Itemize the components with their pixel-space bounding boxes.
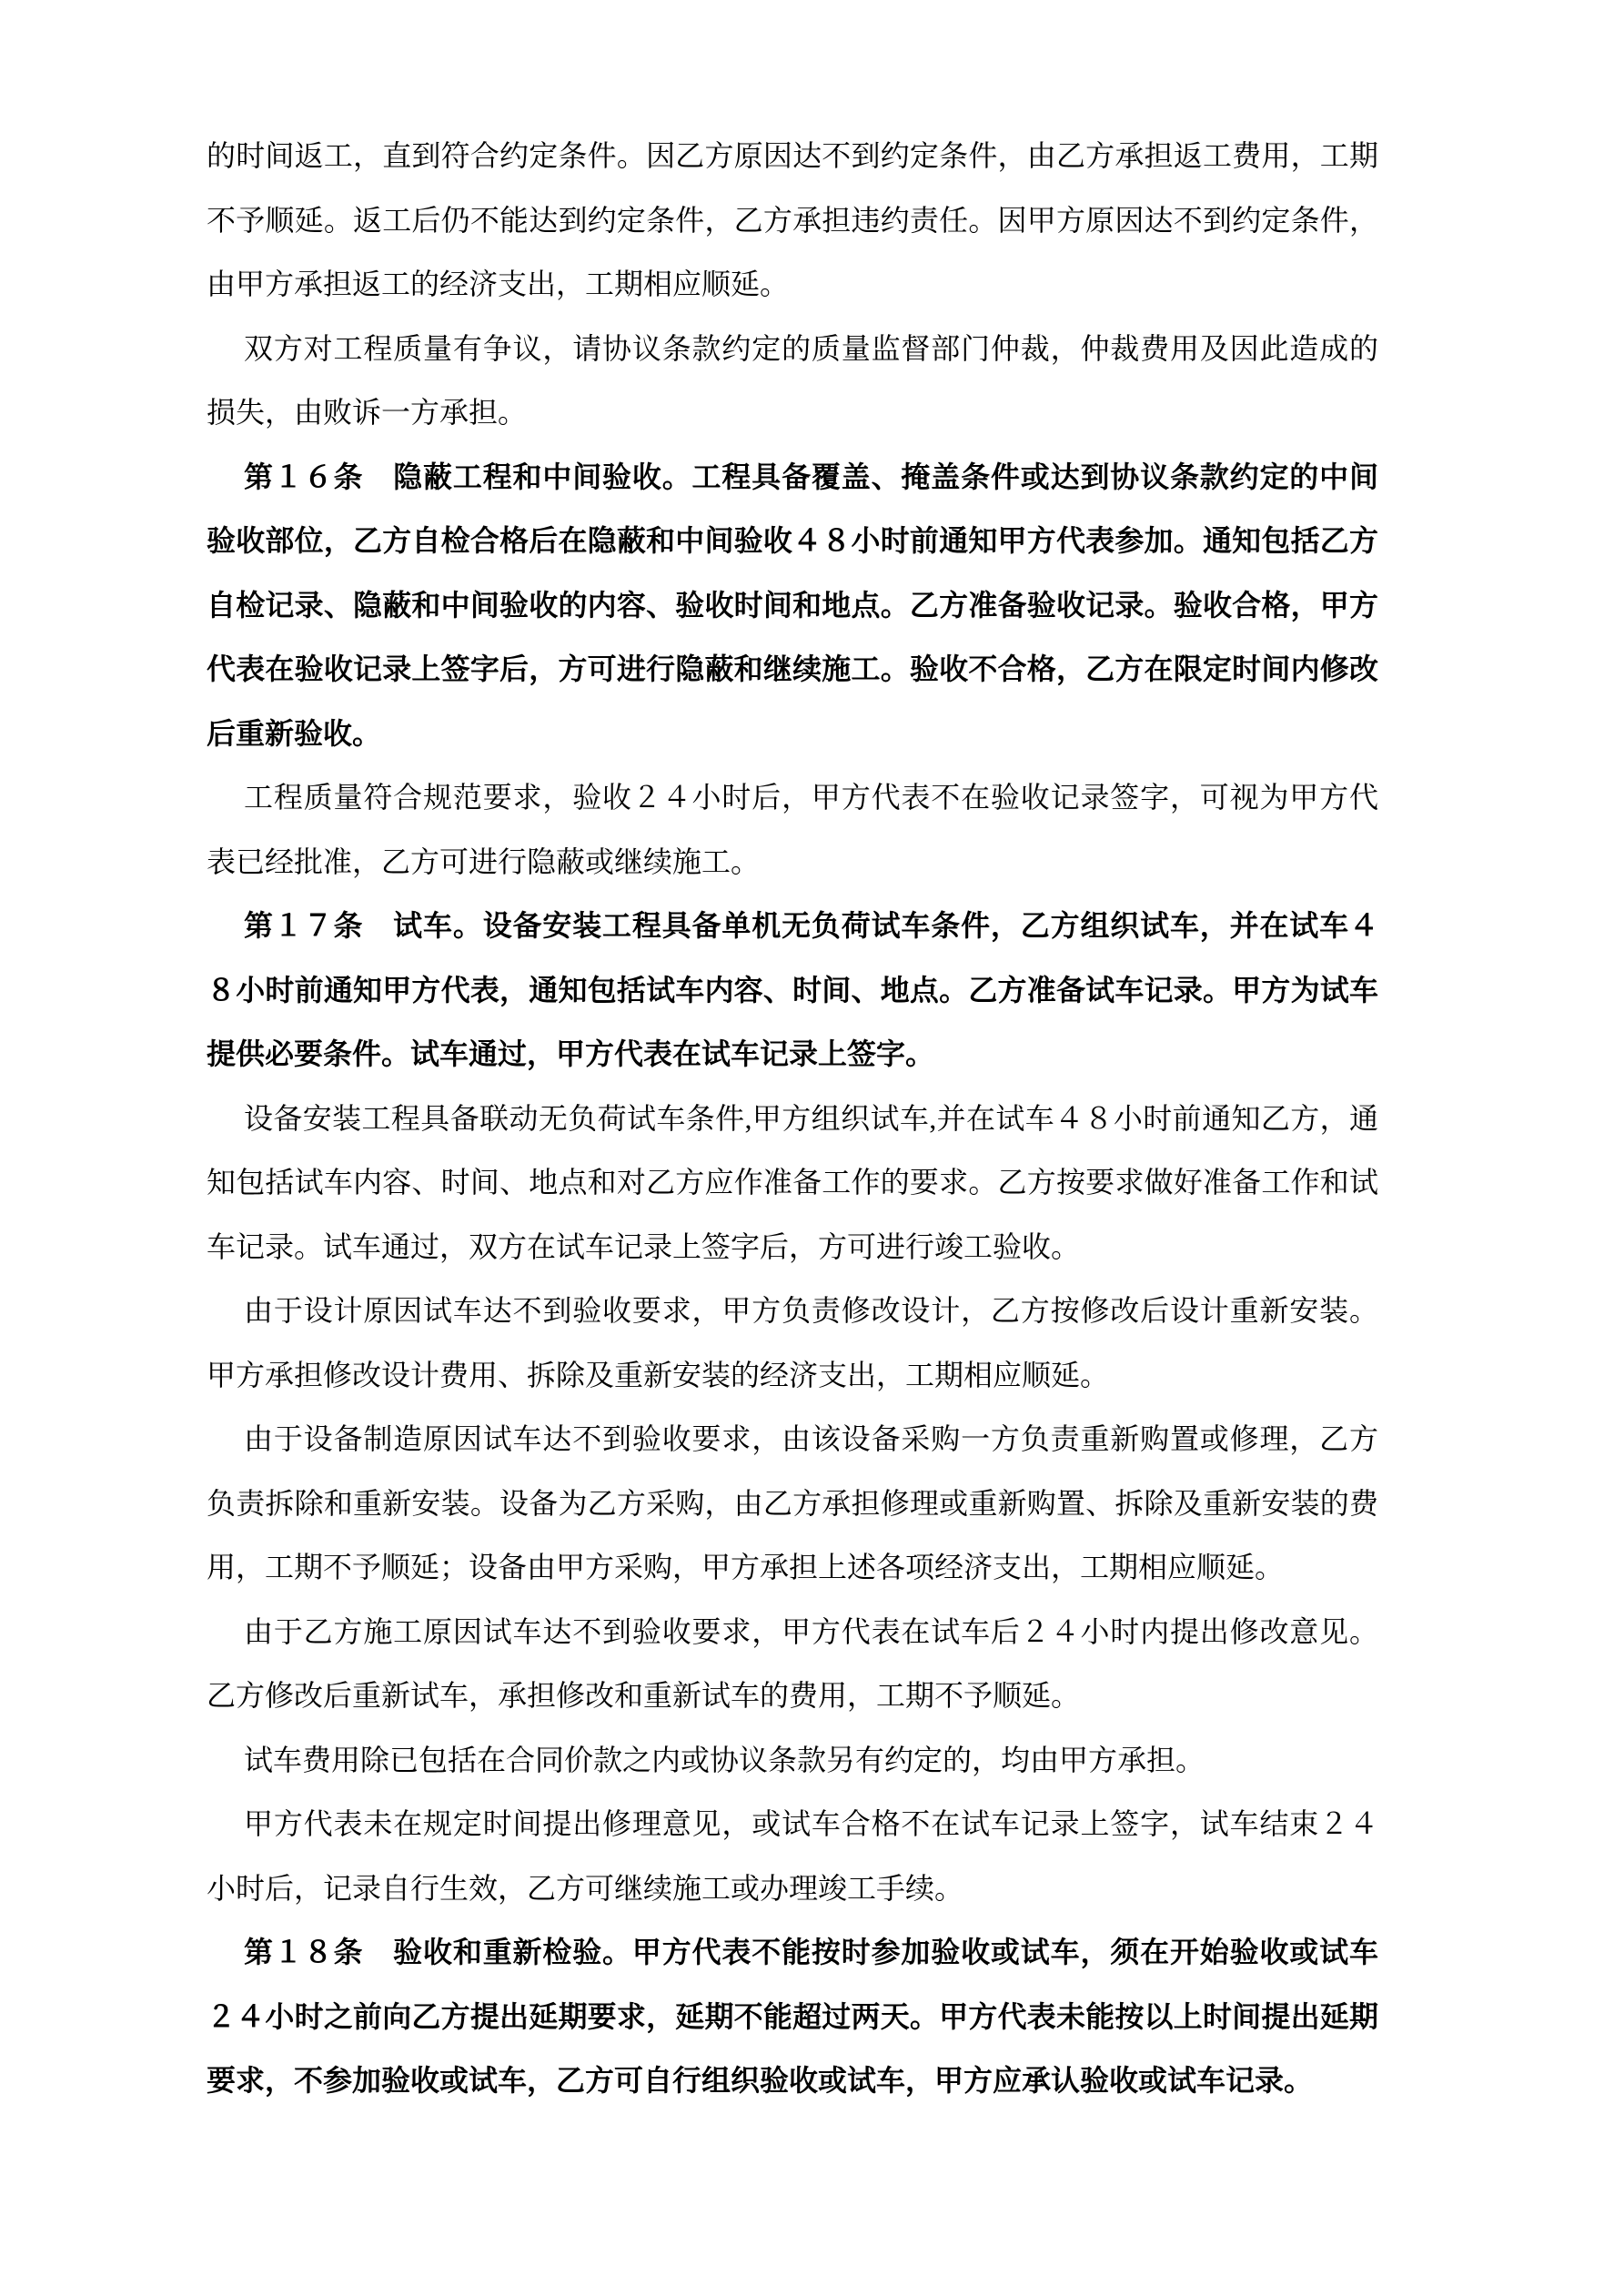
paragraph-quality-dispute: 双方对工程质量有争议，请协议条款约定的质量监督部门仲裁，仲裁费用及因此造成的损失… [207,317,1378,445]
paragraph-record-auto-effective: 甲方代表未在规定时间提出修理意见，或试车合格不在试车记录上签字，试车结束２４小时… [207,1792,1378,1920]
paragraph-trial-run-costs: 试车费用除已包括在合同价款之内或协议条款另有约定的，均由甲方承担。 [207,1728,1378,1793]
paragraph-design-cause: 由于设计原因试车达不到验收要求，甲方负责修改设计，乙方按修改后设计重新安装。甲方… [207,1279,1378,1407]
paragraph-linked-trial-run: 设备安装工程具备联动无负荷试车条件,甲方组织试车,并在试车４８小时前通知乙方，通… [207,1087,1378,1279]
paragraph-quality-approval-default: 工程质量符合规范要求，验收２４小时后，甲方代表不在验收记录签字，可视为甲方代表已… [207,765,1378,894]
contract-page-text: 的时间返工，直到符合约定条件。因乙方原因达不到约定条件，由乙方承担返工费用，工期… [207,124,1378,2113]
clause-18-acceptance-reinspection-paragraph: 第１８条 验收和重新检验。甲方代表不能按时参加验收或试车，须在开始验收或试车２４… [207,1920,1378,2113]
paragraph-rework-continuation: 的时间返工，直到符合约定条件。因乙方原因达不到约定条件，由乙方承担返工费用，工期… [207,124,1378,317]
clause-16-hidden-works-paragraph: 第１６条 隐蔽工程和中间验收。工程具备覆盖、掩盖条件或达到协议条款约定的中间验收… [207,445,1378,766]
paragraph-contractor-construction-cause: 由于乙方施工原因试车达不到验收要求，甲方代表在试车后２４小时内提出修改意见。乙方… [207,1600,1378,1728]
paragraph-equipment-manufacture-cause: 由于设备制造原因试车达不到验收要求，由该设备采购一方负责重新购置或修理，乙方负责… [207,1407,1378,1600]
clause-17-trial-run-paragraph: 第１７条 试车。设备安装工程具备单机无负荷试车条件，乙方组织试车，并在试车４８小… [207,894,1378,1087]
